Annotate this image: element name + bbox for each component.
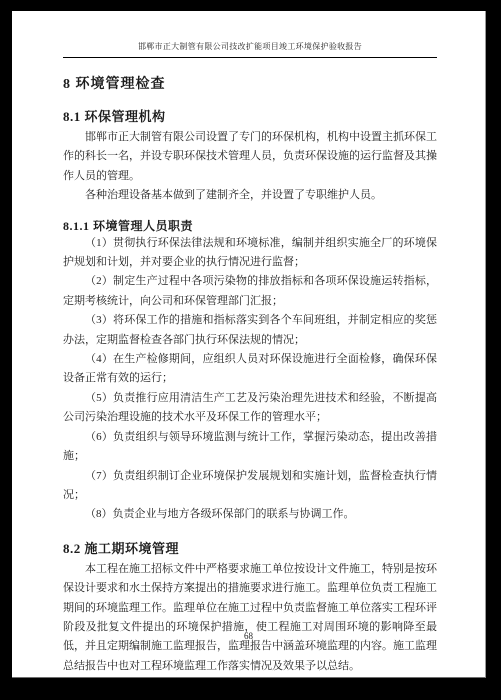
paragraph-construction-management: 本工程在施工招标文件中严格要求施工单位按设计文件施工，特别是按环保设计要求和水土… (63, 560, 437, 676)
duty-item-3: （3）将环保工作的措施和指标落实到各个车间班组，并制定相应的奖惩办法，定期监督检… (63, 311, 437, 350)
section-heading-8-1-1: 8.1.1 环境管理人员职责 (63, 217, 437, 234)
duty-item-4: （4）在生产检修期间，应组织人员对环保设施进行全面检修，确保环保设备正常有效的运… (63, 350, 437, 389)
section-heading-8-2: 8.2 施工期环境管理 (63, 538, 437, 557)
document-page: 邯郸市正大制管有限公司技改扩能项目竣工环境保护验收报告 8 环境管理检查 8.1… (12, 11, 486, 678)
duty-item-6: （6）负责组织与领导环境监测与统计工作，掌握污染动态，提出改善措施； (63, 428, 437, 467)
running-header-title: 邯郸市正大制管有限公司技改扩能项目竣工环境保护验收报告 (63, 41, 437, 52)
page-number: 68 (12, 631, 485, 641)
duty-item-7: （7）负责组织制订企业环境保护发展规划和实施计划，监督检查执行情况； (63, 467, 437, 506)
header-rule (63, 57, 437, 58)
duty-item-1: （1）贯彻执行环保法律法规和环境标准，编制并组织实施全厂的环境保护规划和计划，并… (63, 234, 437, 273)
section-heading-8-1: 8.1 环保管理机构 (63, 106, 437, 125)
duty-item-5: （5）负责推行应用清洁生产工艺及污染治理先进技术和经验，不断提高公司污染治理设施… (63, 389, 437, 428)
section-heading-8: 8 环境管理检查 (63, 73, 437, 93)
paragraph-equipment: 各种治理设备基本做到了建制齐全，并设置了专职维护人员。 (63, 186, 437, 205)
duty-item-8: （8）负责企业与地方各级环保部门的联系与协调工作。 (63, 505, 437, 524)
paragraph-org-setup: 邯郸市正大制管有限公司设置了专门的环保机构，机构中设置主抓环保工作的科长一名，并… (63, 128, 437, 186)
duty-item-2: （2）制定生产过程中各项污染物的排放指标和各项环保设施运转指标，定期考核统计，向… (63, 272, 437, 311)
